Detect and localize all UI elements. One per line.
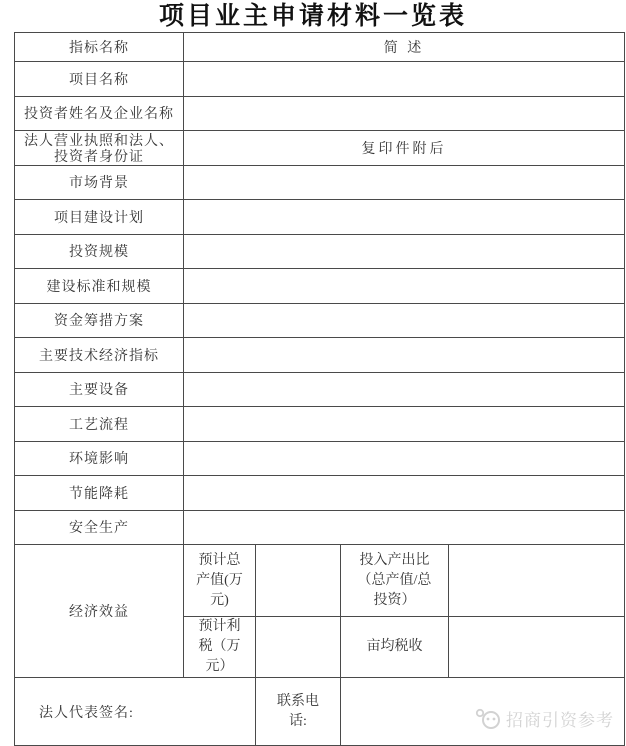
input-output-ratio-label-text: 投入产出比（总产值/总投资） — [354, 551, 436, 611]
row-label: 节能降耗 — [15, 476, 184, 510]
estimated-output-value — [256, 545, 341, 616]
table-row: 项目建设计划 — [15, 200, 624, 235]
watermark: 招商引资参考 — [474, 706, 614, 731]
table-row: 节能降耗 — [15, 476, 624, 511]
table-row: 工艺流程 — [15, 407, 624, 442]
per-mu-tax-label: 亩均税收 — [341, 617, 449, 677]
page-title: 项目业主申请材料一览表 — [0, 1, 626, 31]
row-label: 工艺流程 — [15, 407, 184, 441]
legal-representative-signature-label: 法人代表签名: — [15, 678, 256, 745]
estimated-output-label-text: 预计总产值(万元) — [195, 551, 245, 611]
economic-benefit-grid: 预计总产值(万元) 投入产出比（总产值/总投资） 预计利税（万元） 亩均税收 — [184, 545, 624, 677]
document-page: 项目业主申请材料一览表 指标名称 简 述 项目名称 投资者姓名及企业名称 法人营… — [0, 0, 626, 746]
table-row: 主要技术经济指标 — [15, 338, 624, 373]
input-output-ratio-value — [449, 545, 624, 616]
row-value — [184, 511, 624, 545]
contact-phone-label-text: 联系电话: — [273, 692, 323, 732]
contact-phone-label: 联系电话: — [256, 678, 341, 745]
row-value — [184, 304, 624, 338]
signature-row: 法人代表签名: 联系电话: 招商引资参考 — [15, 678, 624, 745]
row-label: 投资者姓名及企业名称 — [15, 97, 184, 131]
row-value — [184, 338, 624, 372]
table-row: 建设标准和规模 — [15, 269, 624, 304]
row-label: 主要设备 — [15, 373, 184, 407]
row-label: 建设标准和规模 — [15, 269, 184, 303]
table-row: 法人营业执照和法人、 投资者身份证 复印件附后 — [15, 131, 624, 166]
row-value — [184, 166, 624, 200]
per-mu-tax-value — [449, 617, 624, 677]
table-row: 主要设备 — [15, 373, 624, 408]
economic-benefit-section: 经济效益 预计总产值(万元) 投入产出比（总产值/总投资） 预计利税（万元） — [15, 545, 624, 678]
row-label: 安全生产 — [15, 511, 184, 545]
row-label: 资金筹措方案 — [15, 304, 184, 338]
row-value — [184, 62, 624, 96]
row-value — [184, 200, 624, 234]
row-label-line2: 投资者身份证 — [15, 150, 183, 165]
table-row: 环境影响 — [15, 442, 624, 477]
input-output-ratio-label: 投入产出比（总产值/总投资） — [341, 545, 449, 616]
table-row: 资金筹措方案 — [15, 304, 624, 339]
estimated-tax-label-text: 预计利税（万元） — [195, 617, 245, 677]
table-row: 市场背景 — [15, 166, 624, 201]
row-label: 市场背景 — [15, 166, 184, 200]
row-label: 项目建设计划 — [15, 200, 184, 234]
table-row: 项目名称 — [15, 62, 624, 97]
header-value-cell: 简 述 — [184, 33, 624, 61]
row-value — [184, 97, 624, 131]
watermark-logo-icon — [474, 707, 502, 731]
row-value — [184, 235, 624, 269]
row-value — [184, 476, 624, 510]
row-label: 法人营业执照和法人、 投资者身份证 — [15, 131, 184, 165]
row-value — [184, 373, 624, 407]
application-materials-table: 指标名称 简 述 项目名称 投资者姓名及企业名称 法人营业执照和法人、 投资者身… — [14, 32, 625, 746]
row-label: 投资规模 — [15, 235, 184, 269]
row-label: 项目名称 — [15, 62, 184, 96]
economic-row-2: 预计利税（万元） 亩均税收 — [184, 617, 624, 677]
header-label-cell: 指标名称 — [15, 33, 184, 61]
row-label-line1: 法人营业执照和法人、 — [15, 134, 183, 150]
row-value — [184, 442, 624, 476]
row-value — [184, 407, 624, 441]
estimated-output-label: 预计总产值(万元) — [184, 545, 256, 616]
row-value — [184, 269, 624, 303]
table-row: 投资者姓名及企业名称 — [15, 97, 624, 132]
economic-row-1: 预计总产值(万元) 投入产出比（总产值/总投资） — [184, 545, 624, 617]
estimated-tax-label: 预计利税（万元） — [184, 617, 256, 677]
contact-phone-value: 招商引资参考 — [341, 678, 624, 745]
table-header-row: 指标名称 简 述 — [15, 33, 624, 62]
table-row: 安全生产 — [15, 511, 624, 546]
estimated-tax-value — [256, 617, 341, 677]
row-label: 环境影响 — [15, 442, 184, 476]
row-value: 复印件附后 — [184, 131, 624, 165]
row-label: 主要技术经济指标 — [15, 338, 184, 372]
table-row: 投资规模 — [15, 235, 624, 270]
economic-benefit-label: 经济效益 — [15, 545, 184, 677]
watermark-text: 招商引资参考 — [506, 706, 614, 731]
